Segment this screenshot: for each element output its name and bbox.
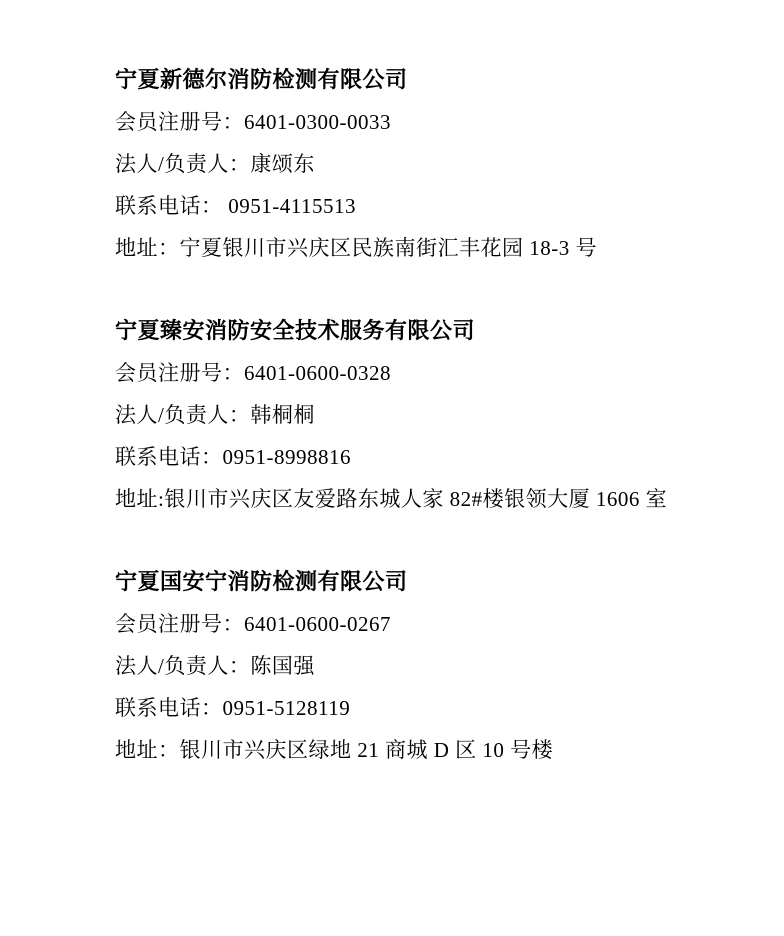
legal-person-label: 法人/负责人：: [115, 403, 250, 427]
company-name: 宁夏国安宁消防检测有限公司: [115, 561, 744, 603]
registration-value: 6401-0600-0328: [244, 361, 391, 385]
legal-person-label: 法人/负责人：: [115, 654, 250, 678]
registration-line: 会员注册号：6401-0600-0267: [115, 603, 744, 645]
address-value: 宁夏银川市兴庆区民族南街汇丰花园 18-3 号: [180, 236, 598, 260]
address-label: 地址：: [115, 738, 180, 762]
registration-value: 6401-0300-0033: [244, 110, 391, 134]
address-label: 地址：: [115, 236, 180, 260]
registration-label: 会员注册号：: [115, 110, 244, 134]
address-line: 地址：银川市兴庆区绿地 21 商城 D 区 10 号楼: [115, 729, 744, 771]
legal-person-value: 陈国强: [250, 654, 315, 678]
registration-value: 6401-0600-0267: [244, 612, 391, 636]
address-label: 地址:: [115, 487, 164, 511]
registration-line: 会员注册号：6401-0300-0033: [115, 101, 744, 143]
phone-label: 联系电话：: [115, 445, 223, 469]
phone-line: 联系电话：0951-8998816: [115, 436, 744, 478]
address-value: 银川市兴庆区友爱路东城人家 82#楼银领大厦 1606 室: [164, 487, 667, 511]
document-page: 宁夏新德尔消防检测有限公司 会员注册号：6401-0300-0033 法人/负责…: [0, 0, 784, 936]
address-line: 地址:银川市兴庆区友爱路东城人家 82#楼银领大厦 1606 室: [115, 478, 744, 520]
company-block: 宁夏臻安消防安全技术服务有限公司 会员注册号：6401-0600-0328 法人…: [115, 310, 744, 520]
legal-person-value: 康颂东: [250, 152, 315, 176]
company-name: 宁夏新德尔消防检测有限公司: [115, 59, 744, 101]
phone-label: 联系电话：: [115, 194, 223, 218]
registration-label: 会员注册号：: [115, 612, 244, 636]
address-value: 银川市兴庆区绿地 21 商城 D 区 10 号楼: [180, 738, 554, 762]
phone-line: 联系电话：0951-5128119: [115, 687, 744, 729]
company-block: 宁夏新德尔消防检测有限公司 会员注册号：6401-0300-0033 法人/负责…: [115, 59, 744, 269]
phone-value: 0951-5128119: [223, 696, 351, 720]
phone-label: 联系电话：: [115, 696, 223, 720]
legal-person-value: 韩桐桐: [250, 403, 315, 427]
company-block: 宁夏国安宁消防检测有限公司 会员注册号：6401-0600-0267 法人/负责…: [115, 561, 744, 771]
phone-line: 联系电话： 0951-4115513: [115, 185, 744, 227]
legal-person-label: 法人/负责人：: [115, 152, 250, 176]
legal-person-line: 法人/负责人：韩桐桐: [115, 394, 744, 436]
address-line: 地址：宁夏银川市兴庆区民族南街汇丰花园 18-3 号: [115, 227, 744, 269]
company-name: 宁夏臻安消防安全技术服务有限公司: [115, 310, 744, 352]
phone-value: 0951-4115513: [223, 194, 356, 218]
legal-person-line: 法人/负责人：陈国强: [115, 645, 744, 687]
registration-label: 会员注册号：: [115, 361, 244, 385]
phone-value: 0951-8998816: [223, 445, 352, 469]
legal-person-line: 法人/负责人：康颂东: [115, 143, 744, 185]
registration-line: 会员注册号：6401-0600-0328: [115, 352, 744, 394]
